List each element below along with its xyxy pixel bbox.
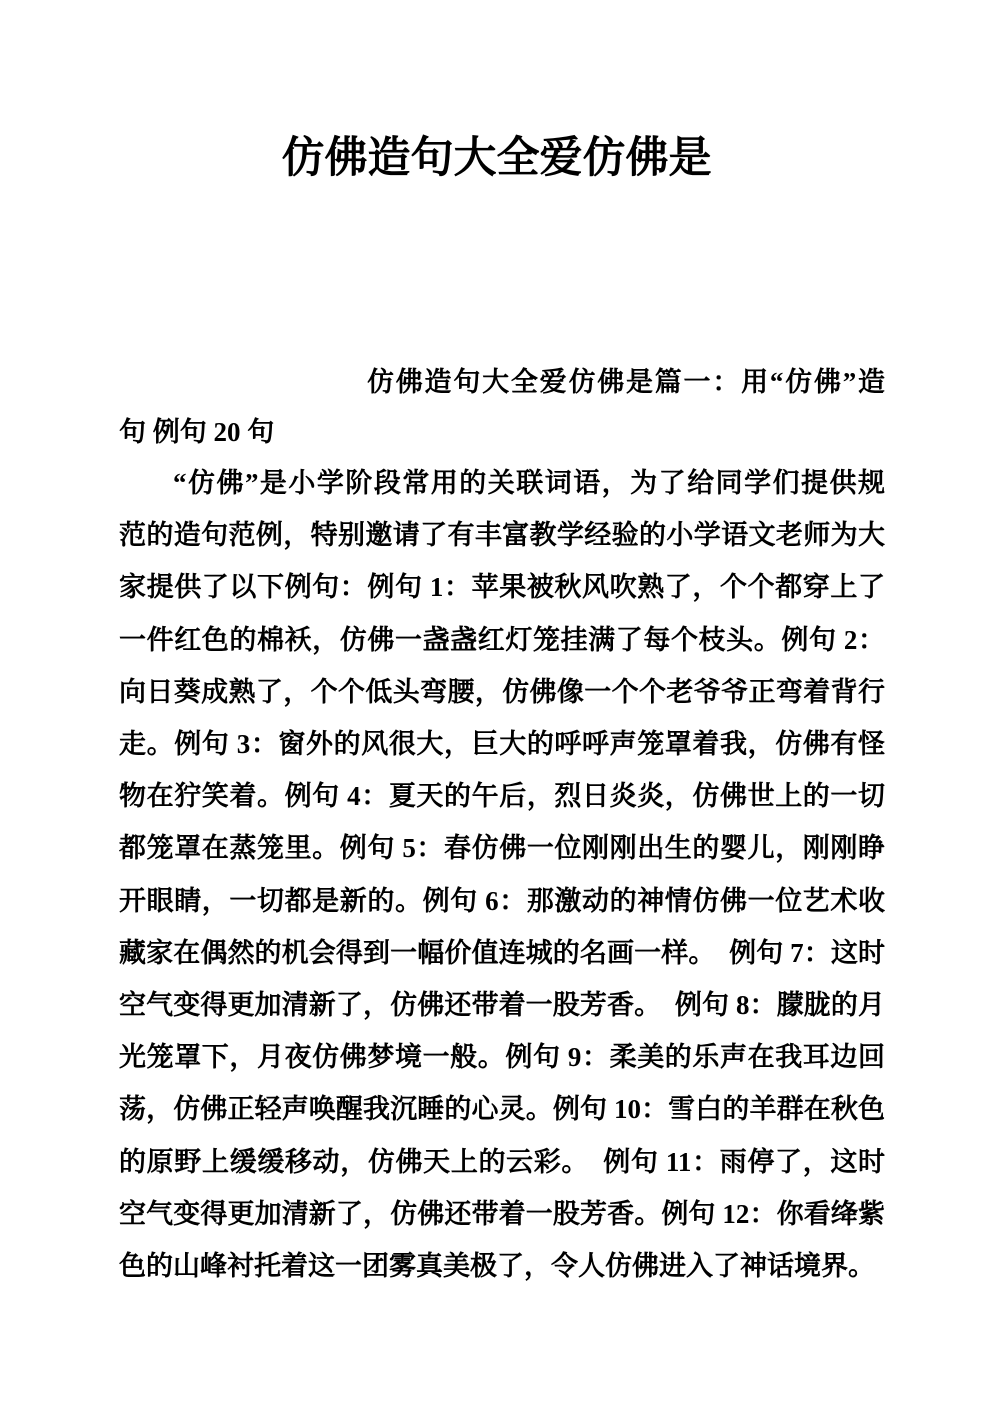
document-title: 仿佛造句大全爱仿佛是 [0, 0, 993, 190]
text-line: 荡，仿佛正轻声唤醒我沉睡的心灵。例句 10：雪白的羊群在秋色 [119, 1083, 885, 1135]
text-line: 向日葵成熟了，个个低头弯腰，仿佛像一个个老爷爷正弯着背行 [119, 666, 885, 718]
text-line: 藏家在偶然的机会得到一幅价值连城的名画一样。 例句 7：这时 [119, 927, 885, 979]
text-line: 开眼睛，一切都是新的。例句 6：那激动的神情仿佛一位艺术收 [119, 875, 885, 927]
text-line: 空气变得更加清新了，仿佛还带着一股芳香。 例句 8：朦胧的月 [119, 979, 885, 1031]
text-line: 走。例句 3：窗外的风很大，巨大的呼呼声笼罩着我，仿佛有怪 [119, 718, 885, 770]
body-paragraph: “仿佛”是小学阶段常用的关联词语，为了给同学们提供规 范的造句范例，特别邀请了有… [0, 457, 993, 1292]
text-line: 空气变得更加清新了，仿佛还带着一股芳香。例句 12：你看绛紫 [119, 1188, 885, 1240]
text-line: 仿佛造句大全爱仿佛是篇一：用“仿佛”造 [119, 357, 885, 407]
text-line: 一件红色的棉袄，仿佛一盏盏红灯笼挂满了每个枝头。例句 2： [119, 614, 885, 666]
text-line: 范的造句范例，特别邀请了有丰富教学经验的小学语文老师为大 [119, 509, 885, 561]
text-line: “仿佛”是小学阶段常用的关联词语，为了给同学们提供规 [119, 457, 885, 509]
document-page: 仿佛造句大全爱仿佛是 仿佛造句大全爱仿佛是篇一：用“仿佛”造 句 例句 20 句… [0, 0, 993, 1404]
text-line: 句 例句 20 句 [119, 407, 885, 457]
text-line: 光笼罩下，月夜仿佛梦境一般。例句 9：柔美的乐声在我耳边回 [119, 1031, 885, 1083]
text-line: 物在狞笑着。例句 4：夏天的午后，烈日炎炎，仿佛世上的一切 [119, 770, 885, 822]
text-line: 都笼罩在蒸笼里。例句 5：春仿佛一位刚刚出生的婴儿，刚刚睁 [119, 822, 885, 874]
intro-paragraph: 仿佛造句大全爱仿佛是篇一：用“仿佛”造 句 例句 20 句 [0, 357, 993, 457]
text-line: 家提供了以下例句：例句 1：苹果被秋风吹熟了，个个都穿上了 [119, 561, 885, 613]
text-line: 的原野上缓缓移动，仿佛天上的云彩。 例句 11：雨停了，这时 [119, 1136, 885, 1188]
text-line: 色的山峰衬托着这一团雾真美极了，令人仿佛进入了神话境界。 [119, 1240, 885, 1292]
